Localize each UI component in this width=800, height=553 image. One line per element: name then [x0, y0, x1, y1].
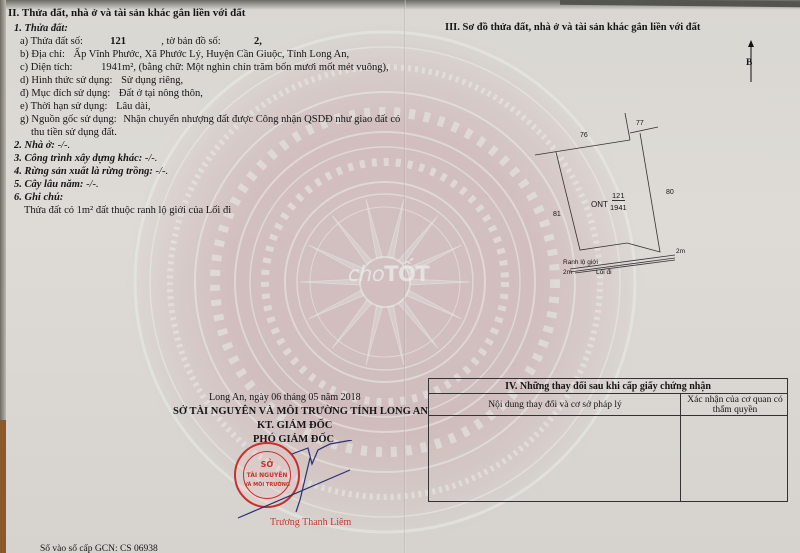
notes-row: 6. Ghi chú: — [14, 191, 63, 204]
parcel-number-map: 121 — [612, 191, 625, 201]
house-row: 2. Nhà ở: -/-. — [14, 139, 70, 152]
map-sheet-label: , tờ bản đồ số: — [161, 36, 221, 47]
sign-title-1: KT. GIÁM ĐỐC — [257, 419, 332, 432]
subsection-1-title: 1. Thửa đất: — [14, 22, 68, 35]
parcel-sketch — [530, 105, 730, 285]
address-value: Ấp Vĩnh Phước, Xã Phước Lý, Huyện Cần Gi… — [74, 49, 350, 60]
address-label: b) Địa chỉ: — [20, 49, 65, 60]
other-construction-label: 3. Công trình xây dựng khác: — [14, 153, 142, 164]
origin-label: g) Nguồn gốc sử dụng: — [20, 114, 117, 125]
origin-row: g) Nguồn gốc sử dụng: Nhận chuyển nhượng… — [20, 113, 400, 126]
land-certificate-page: choTỐT II. Thửa đất, nhà ở và tài sản kh… — [0, 0, 800, 553]
other-construction-row: 3. Công trình xây dựng khác: -/-. — [14, 152, 157, 165]
neighbor-81: 81 — [553, 208, 561, 221]
changes-col-content: Nội dung thay đổi và cơ sở pháp lý — [429, 394, 681, 416]
notes-text: Thửa đất có 1m² đất thuộc ranh lộ giới c… — [24, 204, 231, 217]
changes-table-header-row: Nội dung thay đổi và cơ sở pháp lý Xác n… — [429, 394, 787, 416]
watermark-part2: TỐT — [384, 262, 429, 286]
usage-term-value: Lâu dài, — [116, 101, 150, 112]
house-label: 2. Nhà ở: — [14, 140, 55, 151]
usage-form-label: d) Hình thức sử dụng: — [20, 75, 112, 86]
signature-scribble — [230, 440, 370, 520]
changes-table-title: IV. Những thay đổi sau khi cấp giấy chứn… — [429, 379, 787, 394]
place-date: Long An, ngày 06 tháng 05 năm 2018 — [209, 391, 361, 404]
notes-label: 6. Ghi chú: — [14, 192, 63, 203]
changes-col-confirmation: Xác nhận của cơ quan có thẩm quyền — [682, 395, 788, 415]
usage-form-row: d) Hình thức sử dụng: Sử dụng riêng, — [20, 74, 183, 87]
signer-name: Trương Thanh Liêm — [270, 517, 351, 528]
neighbor-76: 76 — [580, 129, 588, 142]
other-construction-value: -/-. — [145, 153, 158, 164]
usage-purpose-value: Đất ở tại nông thôn, — [119, 88, 203, 99]
perennial-label: 5. Cây lâu năm: — [14, 179, 83, 190]
address-row: b) Địa chỉ: Ấp Vĩnh Phước, Xã Phước Lý, … — [20, 48, 349, 61]
north-label: B — [746, 57, 752, 70]
area-label: c) Diện tích: — [20, 62, 72, 73]
parcel-number-row: a) Thửa đất số: 121 , tờ bản đồ số: 2, — [20, 35, 262, 48]
neighbor-80: 80 — [666, 186, 674, 199]
origin-value-cont: thu tiền sử dụng đất. — [31, 126, 117, 139]
map-sheet-value: 2, — [254, 36, 262, 47]
section-ii-title: II. Thửa đất, nhà ở và tài sản khác gắn … — [8, 7, 245, 20]
parcel-number-value: 121 — [110, 36, 126, 47]
parcel-area-map: 1941 — [610, 201, 627, 214]
register-number: Số vào sổ cấp GCN: CS 06938 — [40, 543, 158, 553]
usage-form-value: Sử dụng riêng, — [121, 75, 183, 86]
area-row: c) Diện tích: 1941m², (bằng chữ: Một ngh… — [20, 61, 389, 74]
agency-name: SỞ TÀI NGUYÊN VÀ MÔI TRƯỜNG TỈNH LONG AN — [173, 405, 428, 418]
chotot-watermark: choTỐT — [348, 262, 429, 286]
usage-term-row: e) Thời hạn sử dụng: Lâu dài, — [20, 100, 151, 113]
forest-value: -/-. — [156, 166, 169, 177]
origin-value: Nhận chuyển nhượng đất được Công nhận QS… — [123, 114, 400, 125]
forest-row: 4. Rừng sản xuất là rừng trồng: -/-. — [14, 165, 168, 178]
road-label: Lối đi — [596, 266, 612, 279]
neighbor-77: 77 — [636, 117, 644, 130]
parcel-land-code: ONT — [591, 198, 608, 211]
area-value: 1941m², (bằng chữ: Một nghìn chín trăm b… — [101, 62, 389, 73]
usage-purpose-label: đ) Mục đích sử dụng: — [20, 88, 110, 99]
road-width-left: 2m — [563, 266, 572, 279]
parcel-number-label: a) Thửa đất số: — [20, 36, 83, 47]
usage-purpose-row: đ) Mục đích sử dụng: Đất ở tại nông thôn… — [20, 87, 203, 100]
perennial-row: 5. Cây lâu năm: -/-. — [14, 178, 99, 191]
watermark-part1: cho — [348, 262, 384, 286]
usage-term-label: e) Thời hạn sử dụng: — [20, 101, 107, 112]
road-width-right: 2m — [676, 245, 685, 258]
perennial-value: -/-. — [86, 179, 99, 190]
house-value: -/-. — [58, 140, 71, 151]
changes-table: IV. Những thay đổi sau khi cấp giấy chứn… — [428, 378, 788, 502]
forest-label: 4. Rừng sản xuất là rừng trồng: — [14, 166, 153, 177]
section-iii-title: III. Sơ đồ thửa đất, nhà ở và tài sản kh… — [445, 21, 700, 34]
